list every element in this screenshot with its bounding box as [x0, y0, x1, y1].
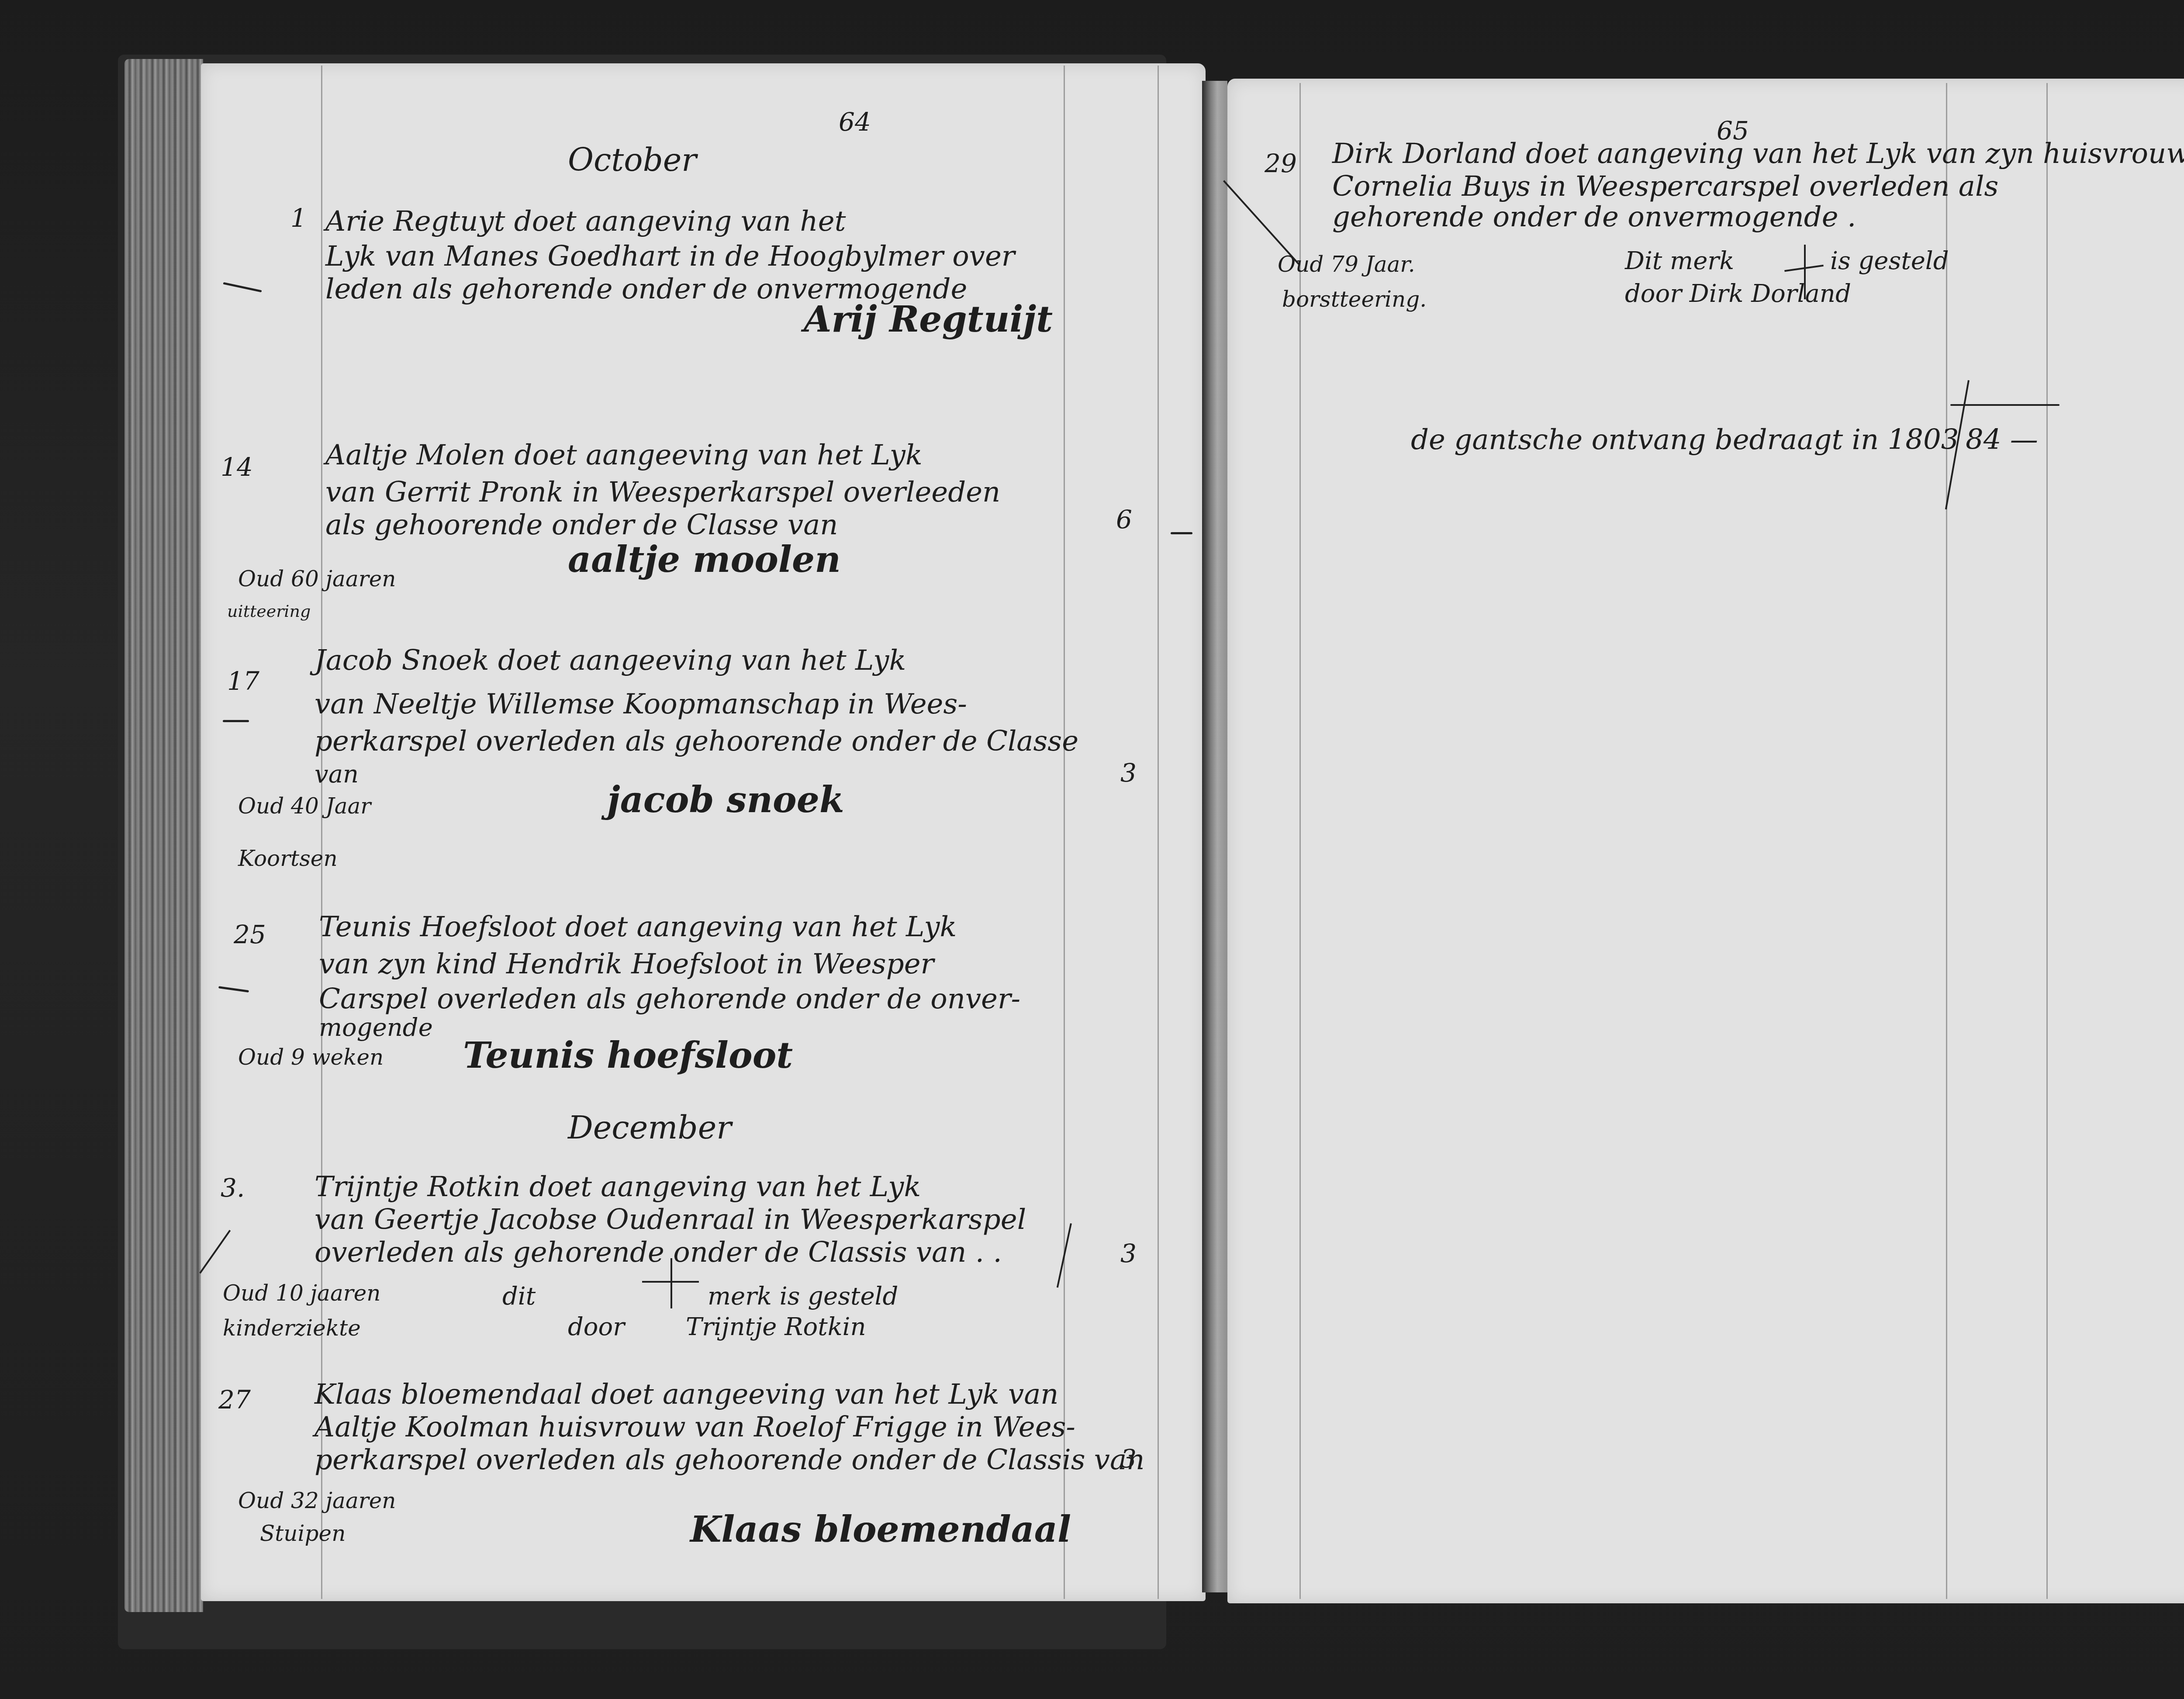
mark-text: Trijntje Rotkin — [686, 1315, 866, 1339]
entry-text-line: Carspel overleden als gehorende onder de… — [319, 985, 1020, 1013]
entry-text-line: van Geertje Jacobse Oudenraal in Weesper… — [314, 1206, 1026, 1234]
signature: Arij Regtuijt — [804, 301, 1053, 337]
entry-text-line: Cornelia Buys in Weespercarspel overlede… — [1332, 173, 1998, 201]
total-text: de gantsche ontvang bedraagt in 1803 — [1411, 426, 1959, 454]
entry-text-line: overleden als gehorende onder de Classis… — [314, 1239, 1002, 1266]
signature: Teunis hoefsloot — [463, 1038, 793, 1073]
entry-text-line: perkarspel overleden als gehoorende onde… — [314, 727, 1078, 755]
mark-text: merk is gesteld — [708, 1284, 898, 1309]
entry-cause: kinderziekte — [223, 1317, 361, 1339]
entry-age: Oud 9 weken — [238, 1046, 384, 1068]
entry-cause: Stuipen — [260, 1523, 346, 1544]
mark-text: door Dirk Dorland — [1625, 282, 1851, 306]
amount-column-rule — [2046, 83, 2048, 1599]
amount-column-rule — [1158, 66, 1159, 1599]
entry-age: Oud 10 jaaren — [223, 1282, 380, 1304]
entry-text-line: Klaas bloemendaal doet aangeeving van he… — [314, 1381, 1059, 1408]
entry-text-line: perkarspel overleden als gehoorende onde… — [314, 1446, 1144, 1474]
entry-text-line: Trijntje Rotkin doet aangeving van het L… — [314, 1173, 921, 1201]
book-gutter — [1202, 81, 1227, 1592]
entry-cause: Koortsen — [238, 848, 338, 869]
margin-mark — [223, 720, 249, 722]
entry-day: 29 — [1265, 151, 1297, 176]
month-heading: December — [568, 1112, 732, 1143]
entry-age: Oud 40 Jaar — [238, 795, 371, 817]
signature: jacob snoek — [607, 782, 844, 818]
entry-text-line: van zyn kind Hendrik Hoefsloot in Weespe… — [319, 950, 934, 978]
amount-dash — [1171, 532, 1192, 534]
entry-day: 17 — [227, 668, 259, 694]
entry-text-line: Arie Regtuyt doet aangeving van het — [325, 208, 846, 235]
mark-text: is gesteld — [1830, 249, 1949, 273]
mark-text: Dit merk — [1625, 249, 1734, 273]
entry-text-line: Aaltje Molen doet aangeeving van het Lyk — [325, 441, 923, 469]
mark-text: dit — [502, 1284, 536, 1309]
page-number: 64 — [839, 109, 871, 135]
entry-amount: 3 — [1120, 760, 1137, 785]
entry-text-line: als gehoorende onder de Classe van — [325, 511, 838, 539]
entry-cause: borstteering. — [1282, 288, 1427, 310]
entry-day: 1 — [290, 205, 307, 231]
cross-mark-icon — [642, 1281, 699, 1283]
margin-rule — [321, 66, 322, 1599]
entry-amount: 3 — [1120, 1241, 1137, 1266]
entry-amount: 6 — [1116, 507, 1132, 532]
entry-text-line: van Neeltje Willemse Koopmanschap in Wee… — [314, 690, 967, 718]
amount-column-rule — [1064, 66, 1065, 1599]
month-heading: October — [568, 144, 697, 176]
page-stack-edge — [124, 59, 203, 1612]
mark-text: door — [568, 1315, 625, 1339]
entry-amount: 3 — [1120, 1446, 1137, 1471]
total-rule — [1950, 404, 2060, 406]
total-amount: 84 — — [1966, 426, 2038, 454]
entry-text-line: Dirk Dorland doet aangeving van het Lyk … — [1332, 140, 2184, 168]
entry-cause: uitteering — [227, 603, 311, 619]
entry-text-line: gehorende onder de onvermogende . — [1332, 203, 1856, 231]
entry-text-line: van — [314, 762, 359, 787]
entry-day: 25 — [234, 922, 266, 947]
entry-text-line: Lyk van Manes Goedhart in de Hoogbylmer … — [325, 242, 1015, 270]
entry-text-line: mogende — [319, 1016, 433, 1040]
entry-day: 27 — [218, 1387, 251, 1412]
entry-age: Oud 79 Jaar. — [1278, 253, 1415, 275]
entry-text-line: Jacob Snoek doet aangeeving van het Lyk — [314, 647, 906, 675]
entry-day: 3. — [221, 1175, 245, 1201]
amount-column-rule — [1946, 83, 1947, 1599]
signature: aaltje moolen — [568, 542, 841, 578]
entry-text-line: Teunis Hoefsloot doet aangeving van het … — [319, 913, 957, 941]
entry-text-line: Aaltje Koolman huisvrouw van Roelof Frig… — [314, 1413, 1075, 1441]
entry-text-line: van Gerrit Pronk in Weesperkarspel overl… — [325, 478, 1000, 506]
cross-mark-icon — [670, 1258, 672, 1308]
entry-age: Oud 60 jaaren — [238, 568, 396, 590]
signature: Klaas bloemendaal — [690, 1512, 1071, 1547]
entry-day: 14 — [221, 454, 253, 480]
entry-age: Oud 32 jaaren — [238, 1490, 396, 1512]
